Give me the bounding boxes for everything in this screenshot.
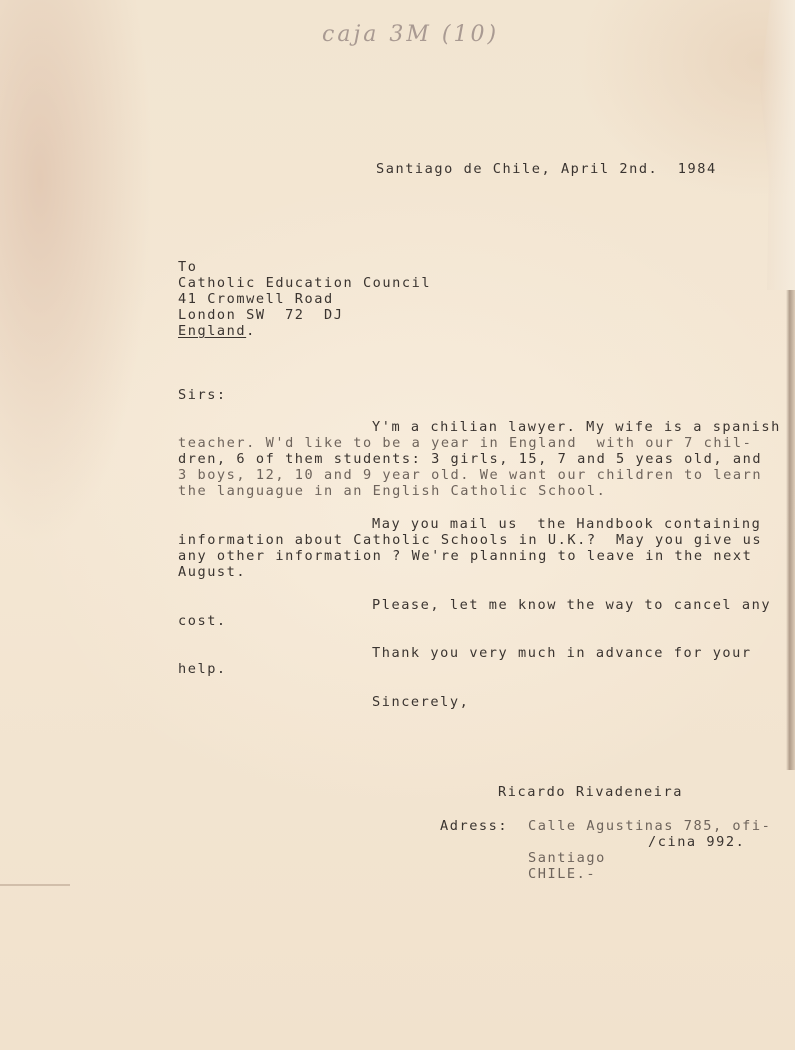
letter-page: caja 3M (10) Santiago de Chile, April 2n… [0,0,795,1050]
address-label: Adress: [440,818,508,834]
paragraph-line: dren, 6 of them students: 3 girls, 15, 7… [178,451,762,467]
torn-corner [760,0,795,290]
address-line-1: Calle Agustinas 785, ofi- [528,818,771,834]
address-line-3: Santiago [528,850,606,866]
paragraph-line: information about Catholic Schools in U.… [178,532,762,548]
page-fold-edge [786,290,795,770]
paragraph-line: 3 boys, 12, 10 and 9 year old. We want o… [178,467,762,483]
address-line-4: CHILE.- [528,866,596,882]
paragraph-line: help. [178,661,227,677]
paragraph-line: Y'm a chilian lawyer. My wife is a spani… [372,419,781,435]
recipient-to: To [178,259,197,275]
recipient-city: London SW 72 DJ [178,307,343,323]
paragraph-line: May you mail us the Handbook containing [372,516,761,532]
greeting: Sirs: [178,387,227,403]
archive-note: caja 3M (10) [322,22,499,47]
recipient-country-line: England. [178,323,256,339]
address-line-2: /cina 992. [648,834,745,850]
paragraph-line: the languague in an English Catholic Sch… [178,483,606,499]
closing: Sincerely, [372,694,469,710]
date-line: Santiago de Chile, April 2nd. 1984 [376,161,717,177]
signature-name: Ricardo Rivadeneira [498,784,683,800]
paragraph-line: August. [178,564,246,580]
recipient-country: England [178,323,246,339]
paragraph-line: Thank you very much in advance for your [372,645,752,661]
paragraph-line: Please, let me know the way to cancel an… [372,597,771,613]
paragraph-line: teacher. W'd like to be a year in Englan… [178,435,752,451]
recipient-country-suffix: . [246,323,256,339]
recipient-organization: Catholic Education Council [178,275,431,291]
paragraph-line: cost. [178,613,227,629]
paper-crease [0,884,70,886]
paragraph-line: any other information ? We're planning t… [178,548,752,564]
recipient-street: 41 Cromwell Road [178,291,334,307]
